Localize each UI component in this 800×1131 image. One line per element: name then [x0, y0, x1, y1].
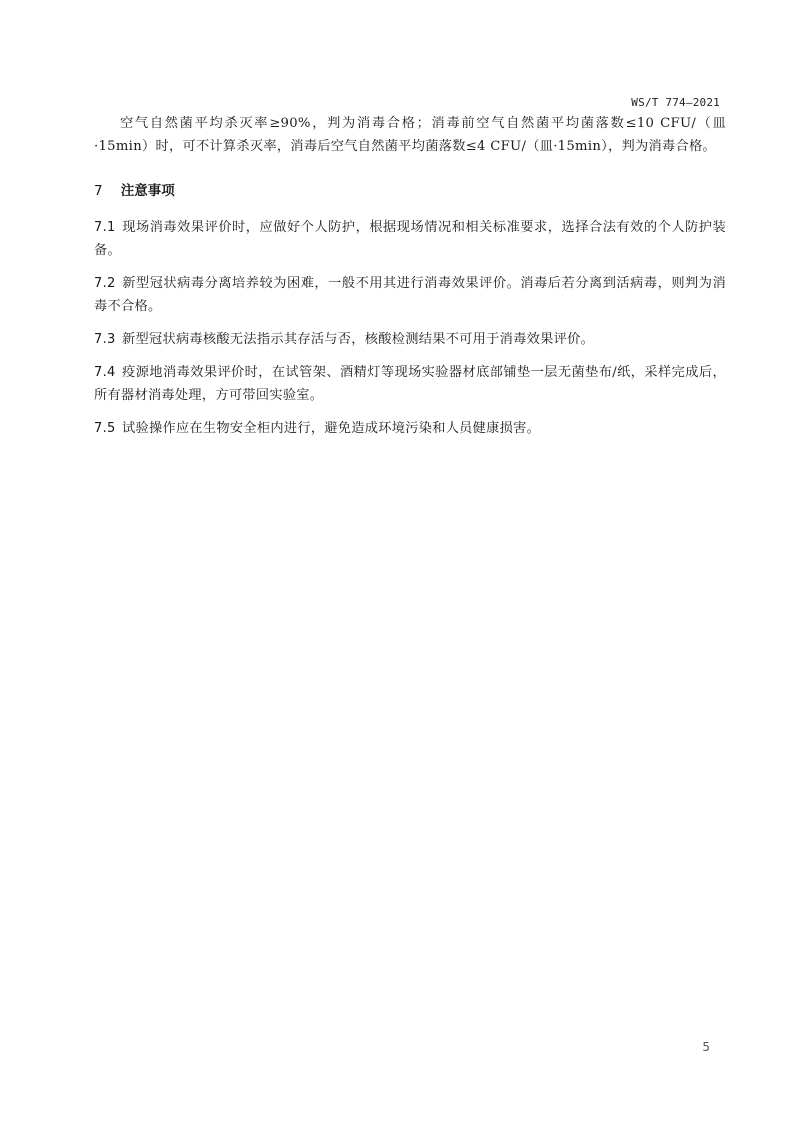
clause-number: 7.1	[94, 216, 122, 239]
standard-code-header: WS/T 774—2021	[631, 96, 720, 109]
clause-text: 试验操作应在生物安全柜内进行，避免造成环境污染和人员健康损害。	[122, 421, 540, 436]
clause-7-3: 7.3新型冠状病毒核酸无法指示其存活与否，核酸检测结果不可用于消毒效果评价。	[94, 328, 726, 351]
clause-7-4: 7.4疫源地消毒效果评价时，在试管架、酒精灯等现场实验器材底部铺垫一层无菌垫布/…	[94, 361, 726, 407]
clause-7-5: 7.5试验操作应在生物安全柜内进行，避免造成环境污染和人员健康损害。	[94, 417, 726, 440]
section-title: 注意事项	[121, 183, 175, 199]
clause-text: 新型冠状病毒分离培养较为困难，一般不用其进行消毒效果评价。消毒后若分离到活病毒，…	[94, 276, 726, 314]
clause-list: 7.1现场消毒效果评价时，应做好个人防护，根据现场情况和相关标准要求，选择合法有…	[94, 216, 726, 440]
clause-number: 7.4	[94, 361, 122, 384]
clause-text: 疫源地消毒效果评价时，在试管架、酒精灯等现场实验器材底部铺垫一层无菌垫布/纸，采…	[94, 365, 726, 403]
clause-7-2: 7.2新型冠状病毒分离培养较为困难，一般不用其进行消毒效果评价。消毒后若分离到活…	[94, 272, 726, 318]
clause-7-1: 7.1现场消毒效果评价时，应做好个人防护，根据现场情况和相关标准要求，选择合法有…	[94, 216, 726, 262]
document-page: WS/T 774—2021 空气自然菌平均杀灭率≥90%，判为消毒合格；消毒前空…	[0, 0, 800, 1131]
page-content: 空气自然菌平均杀灭率≥90%，判为消毒合格；消毒前空气自然菌平均菌落数≤10 C…	[94, 112, 726, 450]
page-number: 5	[702, 1040, 710, 1054]
clause-text: 新型冠状病毒核酸无法指示其存活与否，核酸检测结果不可用于消毒效果评价。	[122, 332, 594, 347]
intro-paragraph: 空气自然菌平均杀灭率≥90%，判为消毒合格；消毒前空气自然菌平均菌落数≤10 C…	[94, 112, 726, 158]
section-number: 7	[94, 180, 116, 202]
clause-number: 7.3	[94, 328, 122, 351]
section-heading: 7 注意事项	[94, 180, 726, 202]
clause-number: 7.2	[94, 272, 122, 295]
clause-text: 现场消毒效果评价时，应做好个人防护，根据现场情况和相关标准要求，选择合法有效的个…	[94, 220, 726, 258]
clause-number: 7.5	[94, 417, 122, 440]
